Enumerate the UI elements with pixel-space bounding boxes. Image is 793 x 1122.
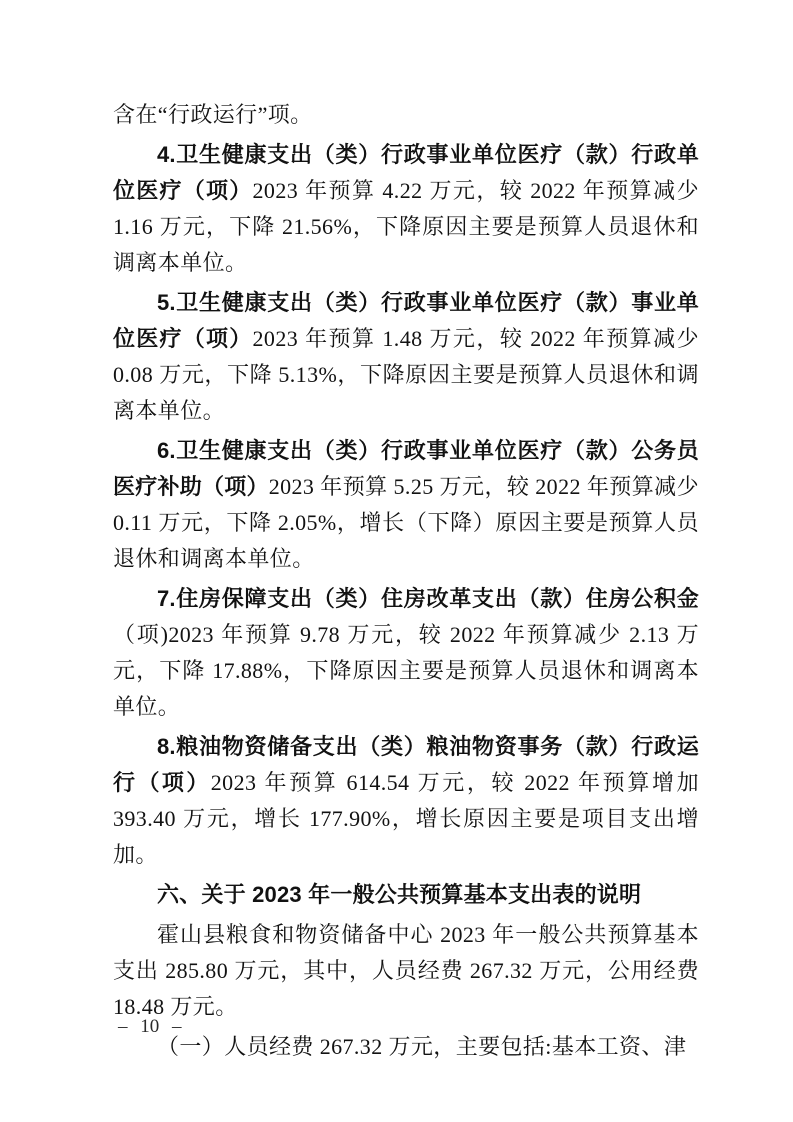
budget-item-7-body: （项)2023 年预算 9.78 万元，较 2022 年预算减少 2.13 万元… xyxy=(113,622,699,719)
budget-item-6: 6.卫生健康支出（类）行政事业单位医疗（款）公务员医疗补助（项）2023 年预算… xyxy=(113,433,699,577)
paragraph-personnel-expense: （一）人员经费 267.32 万元，主要包括:基本工资、津 xyxy=(113,1029,699,1065)
page-number: – 10 – xyxy=(118,1015,182,1039)
document-body: 含在“行政运行”项。 4.卫生健康支出（类）行政事业单位医疗（款）行政单位医疗（… xyxy=(113,97,699,1065)
budget-item-7-label: 7.住房保障支出（类）住房改革支出（款）住房公积金 xyxy=(157,586,699,611)
budget-item-8: 8.粮油物资储备支出（类）粮油物资事务（款）行政运行（项）2023 年预算 61… xyxy=(113,729,699,873)
section-heading: 六、关于 2023 年一般公共预算基本支出表的说明 xyxy=(113,877,699,913)
budget-item-7: 7.住房保障支出（类）住房改革支出（款）住房公积金（项)2023 年预算 9.7… xyxy=(113,581,699,725)
document-page: 含在“行政运行”项。 4.卫生健康支出（类）行政事业单位医疗（款）行政单位医疗（… xyxy=(0,0,793,1122)
paragraph-continuation: 含在“行政运行”项。 xyxy=(113,97,699,133)
budget-item-5: 5.卫生健康支出（类）行政事业单位医疗（款）事业单位医疗（项）2023 年预算 … xyxy=(113,285,699,429)
paragraph-basic-expenditure: 霍山县粮食和物资储备中心 2023 年一般公共预算基本支出 285.80 万元，… xyxy=(113,917,699,1025)
budget-item-4: 4.卫生健康支出（类）行政事业单位医疗（款）行政单位医疗（项）2023 年预算 … xyxy=(113,137,699,281)
